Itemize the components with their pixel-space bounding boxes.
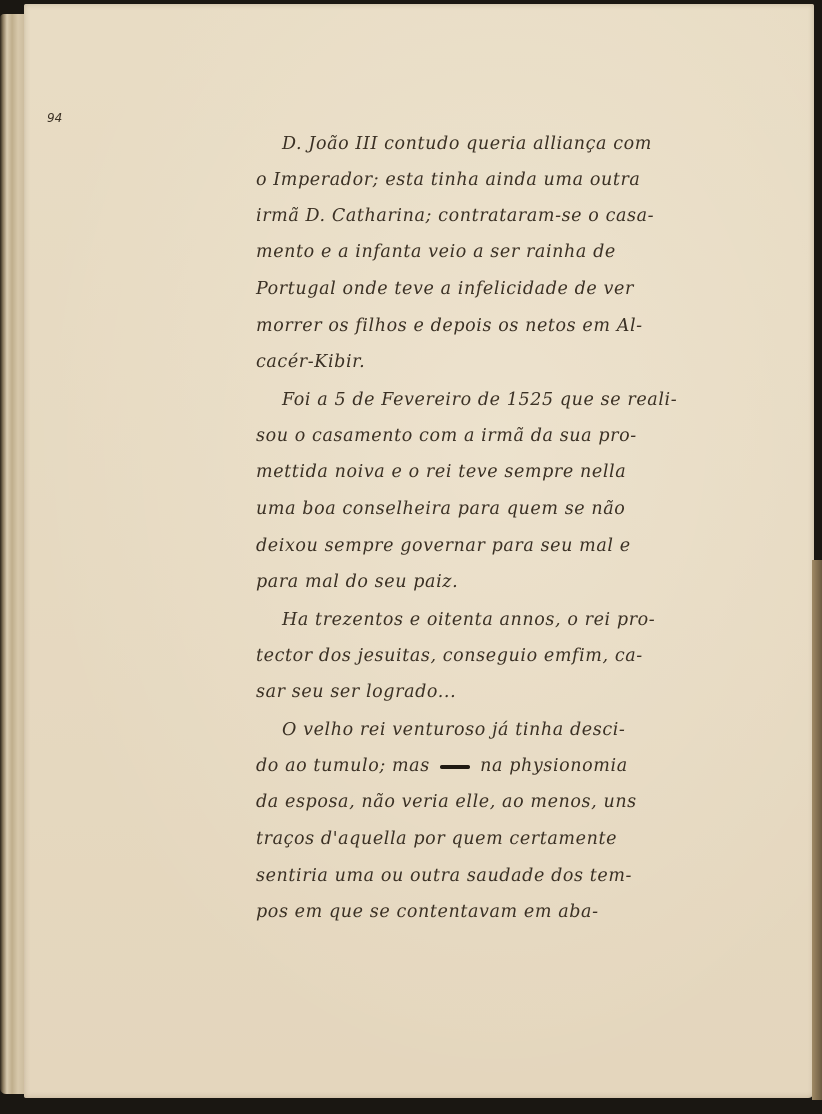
text-segment: na physionomia [480,756,628,776]
text-line: sar seu ser logrado... [256,682,456,702]
text-line: sentiria uma ou outra saudade dos tem- [256,866,632,886]
text-line: tector dos jesuitas, conseguio emfim, ca… [256,646,643,666]
text-line: o Imperador; esta tinha ainda uma outra [256,170,640,190]
text-line: irmã D. Catharina; contrataram-se o casa… [256,206,654,226]
text-line: mettida noiva e o rei teve sempre nella [256,462,626,482]
text-line: traços d'aquella por quem certamente [256,829,617,849]
text-line: morrer os filhos e depois os netos em Al… [256,316,643,336]
text-line: sou o casamento com a irmã da sua pro- [256,426,637,446]
text-line: cacér-Kibir. [256,352,365,372]
struck-out-word [440,765,470,769]
text-line: da esposa, não veria elle, ao menos, uns [256,792,637,812]
scanned-page-view: 94 D. João III contudo queria alliança c… [0,0,822,1114]
text-line: D. João III contudo queria alliança com [256,134,652,154]
text-line: mento e a infanta veio a ser rainha de [256,242,616,262]
text-line: Ha trezentos e oitenta annos, o rei pro- [256,610,655,630]
text-line: uma boa conselheira para quem se não [256,499,625,519]
text-line: Portugal onde teve a infelicidade de ver [256,279,634,299]
previous-page-edge [0,14,26,1094]
text-line: Foi a 5 de Fevereiro de 1525 que se real… [256,390,677,410]
text-line: pos em que se contentavam em aba- [256,902,599,922]
page-number: 94 [47,111,62,125]
binding-shadow [812,560,822,1100]
text-line: para mal do seu paiz. [256,572,458,592]
text-line: do ao tumulo; mas na physionomia [256,756,628,776]
text-line: deixou sempre governar para seu mal e [256,536,631,556]
text-line: O velho rei venturoso já tinha desci- [256,720,625,740]
manuscript-page: 94 D. João III contudo queria alliança c… [24,4,814,1098]
text-segment: do ao tumulo; mas [256,756,430,776]
